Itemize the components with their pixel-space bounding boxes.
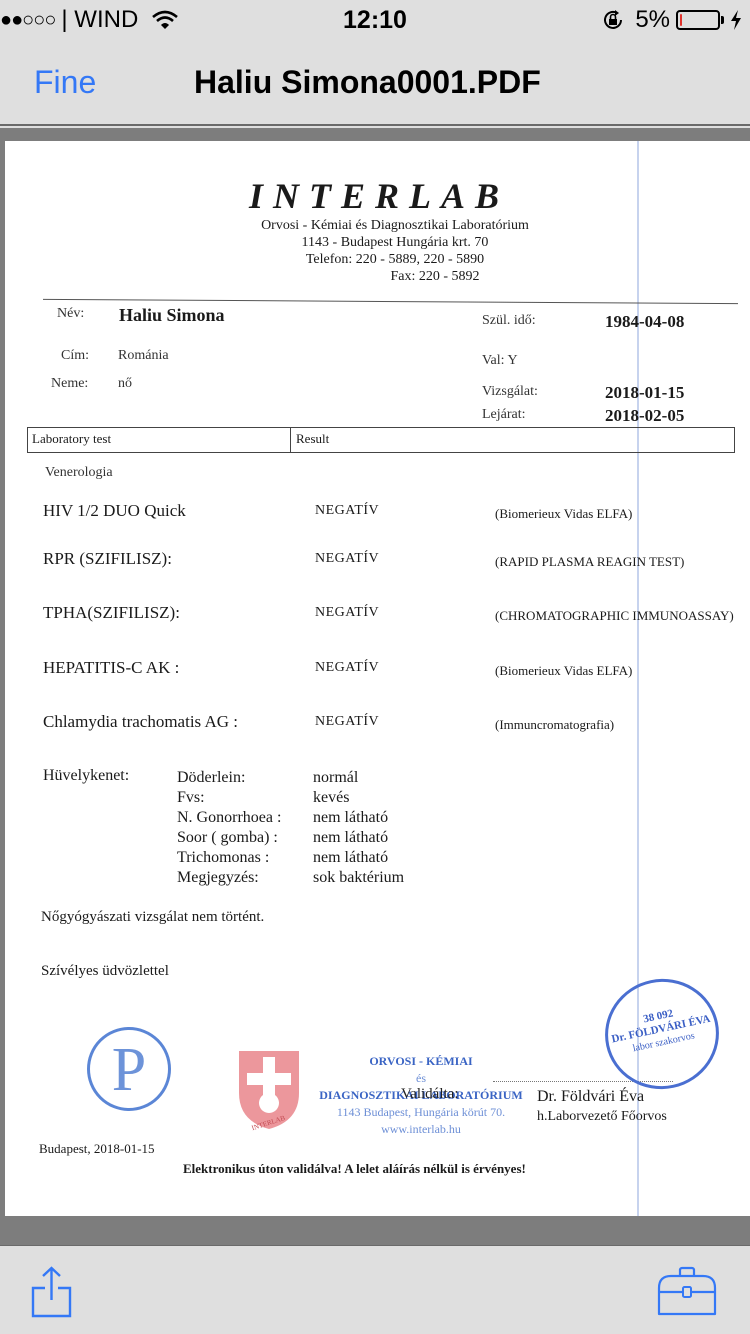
test-result: NEGATÍV [315, 551, 379, 567]
toolbox-icon[interactable] [655, 1266, 719, 1316]
exam-date: 2018-01-15 [605, 383, 684, 403]
header-line: Telefon: 220 - 5889, 220 - 5890 [205, 252, 585, 268]
pdf-viewer[interactable]: INTERLAB Orvosi - Kémiai és Diagnosztika… [0, 128, 750, 1245]
header-line: Fax: 220 - 5892 [245, 269, 625, 285]
doctor-stamp: 38 092 Dr. FÖLDVÁRI ÉVA labor szakorvos [595, 968, 729, 1099]
smear-item-value: nem látható [313, 848, 404, 868]
exam-note: Nőgyógyászati vizsgálat nem történt. [41, 909, 264, 926]
column-header-test: Laboratory test [32, 431, 111, 447]
validity-note: Elektronikus úton validálva! A lelet alá… [183, 1161, 526, 1177]
smear-item-value: normál [313, 768, 404, 788]
interlab-shield-logo: INTERLAB [237, 1049, 301, 1131]
battery-nub [721, 16, 724, 24]
sex-label: Neme: [51, 376, 88, 392]
smear-item-label: Soor ( gomba) : [177, 828, 313, 848]
doctor-title: h.Laborvezető Főorvos [537, 1109, 667, 1125]
val-field: Val: Y [482, 353, 518, 369]
name-label: Név: [57, 306, 84, 322]
smear-item-value: kevés [313, 788, 404, 808]
test-name: HIV 1/2 DUO Quick [43, 501, 186, 521]
smear-label: Hüvelykenet: [43, 767, 129, 785]
smear-item-label: Fvs: [177, 788, 313, 808]
done-button[interactable]: Fine [34, 64, 96, 101]
sex-value: nő [118, 376, 132, 392]
test-method: (RAPID PLASMA REAGIN TEST) [495, 554, 684, 570]
test-name: HEPATITIS-C AK : [43, 658, 179, 678]
test-method: (Immuncromatografia) [495, 717, 614, 733]
smear-item-label: Trichomonas : [177, 848, 313, 868]
share-icon[interactable] [30, 1266, 74, 1318]
issue-date: Budapest, 2018-01-15 [39, 1141, 155, 1157]
expiry-label: Lejárat: [482, 407, 526, 423]
battery-icon [676, 10, 720, 30]
header-line: 1143 - Budapest Hungária krt. 70 [205, 235, 585, 251]
expiry-date: 2018-02-05 [605, 406, 684, 426]
test-method: (Biomerieux Vidas ELFA) [495, 663, 632, 679]
smear-item-label: N. Gonorrhoea : [177, 808, 313, 828]
bottom-toolbar [0, 1245, 750, 1334]
smear-item-value: nem látható [313, 808, 404, 828]
smear-item-value: sok baktérium [313, 868, 404, 888]
test-result: NEGATÍV [315, 714, 379, 730]
header-line: Orvosi - Kémiai és Diagnosztikai Laborat… [205, 218, 585, 234]
battery-percent: 5% [635, 6, 670, 34]
test-result: NEGATÍV [315, 660, 379, 676]
section-title: Venerologia [45, 465, 113, 481]
test-result: NEGATÍV [315, 503, 379, 519]
test-method: (CHROMATOGRAPHIC IMMUNOASSAY) [495, 608, 734, 624]
patient-name: Haliu Simona [119, 305, 225, 326]
test-method: (Biomerieux Vidas ELFA) [495, 506, 632, 522]
smear-item-label: Döderlein: [177, 768, 313, 788]
test-name: Chlamydia trachomatis AG : [43, 712, 238, 732]
test-result: NEGATÍV [315, 605, 379, 621]
column-header-result: Result [296, 431, 329, 447]
results-table-header: Laboratory test Result [27, 427, 735, 453]
test-name: TPHA(SZIFILISZ): [43, 603, 180, 623]
charging-bolt-icon [730, 10, 742, 30]
address-label: Cím: [61, 348, 89, 364]
greeting: Szívélyes üdvözlettel [41, 963, 169, 980]
pdf-page: INTERLAB Orvosi - Kémiai és Diagnosztika… [5, 141, 750, 1216]
exam-label: Vizsgálat: [482, 384, 538, 400]
address-value: Románia [118, 348, 169, 364]
lab-logo: INTERLAB [249, 175, 509, 217]
divider [43, 299, 738, 304]
validated-label: Validálta: [401, 1086, 458, 1103]
dob-value: 1984-04-08 [605, 312, 684, 332]
document-title: Haliu Simona0001.PDF [194, 64, 541, 101]
smear-item-label: Megjegyzés: [177, 868, 313, 888]
orientation-lock-icon [601, 8, 625, 32]
p-stamp: P [87, 1027, 171, 1111]
smear-results: Döderlein: normálFvs: kevésN. Gonorrhoea… [177, 768, 404, 888]
test-name: RPR (SZIFILISZ): [43, 549, 172, 569]
dob-label: Szül. idő: [482, 313, 536, 329]
navigation-bar: Fine Haliu Simona0001.PDF [0, 40, 750, 126]
status-bar: ●●○○○ | WIND 12:10 5% [0, 0, 750, 40]
doctor-name: Dr. Földvári Éva [537, 1088, 644, 1106]
smear-item-value: nem látható [313, 828, 404, 848]
